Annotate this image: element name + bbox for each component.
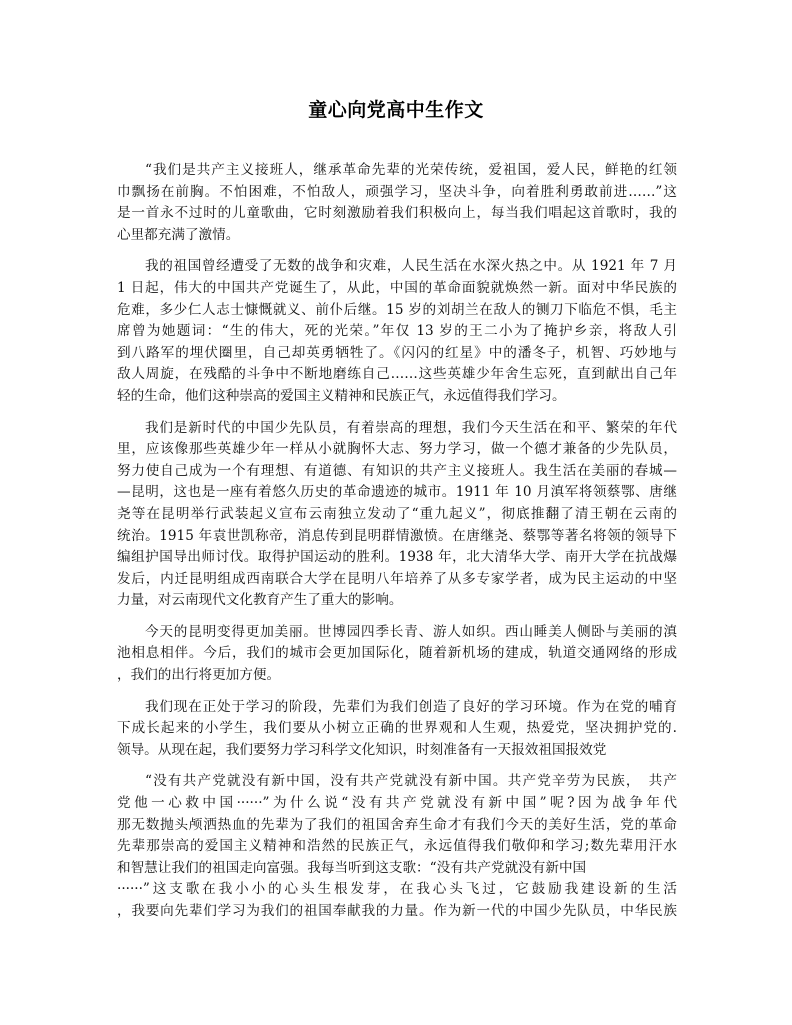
text-line: 努力使自己成为一个有理想、有道德、有知识的共产主义接班人。我生活在美丽的春城— — [117, 461, 677, 483]
text-line: 下成长起来的小学生，我们要从小树立正确的世界观和人生观，热爱党，坚决拥护党的. — [117, 718, 677, 740]
text-line: 席曾为她题词：“生的伟大，死的光荣。”年仅 13 岁的王二小为了掩护乡亲，将敌人… — [117, 321, 677, 343]
paragraph-5: 我们现在正处于学习的阶段，先辈们为我们创造了良好的学习环境。作为在党的哺育 下成… — [117, 697, 677, 762]
text-line: 统治。1915 年袁世凯称帝，消息传到昆明群情激愤。在唐继尧、蔡鄂等著名将领的领… — [117, 526, 677, 548]
text-line: 党他一心救中国······”为什么说“没有共产党就没有新中国”呢?因为战争年代 — [117, 793, 677, 815]
text-line: 轻的生命，他们这种崇高的爱国主义精神和民族正气，永远值得我们学习。 — [117, 386, 677, 408]
text-line: 池相息相伴。今后，我们的城市会更加国际化，随着新机场的建成，轨道交通网络的形成 — [117, 643, 677, 665]
text-line: 尧等在昆明举行武装起义宣布云南独立发动了“重九起义”，彻底推翻了清王朝在云南的 — [117, 504, 677, 526]
text-line: 那无数抛头颅洒热血的先辈为了我们的祖国舍弃生命才有我们今天的美好生活，党的革命 — [117, 815, 677, 837]
text-line: “我们是共产主义接班人，继承革命先辈的光荣传统，爱祖国，爱人民，鲜艳的红领 — [117, 160, 677, 182]
text-line: 先辈那崇高的爱国主义精神和浩然的民族正气，永远值得我们敬仰和学习;数先辈用汗水 — [117, 836, 677, 858]
text-line: 和智慧让我们的祖国走向富强。我每当听到这支歌：“没有共产党就没有新中国 — [117, 858, 677, 880]
text-line: ······”这支歌在我小小的心头生根发芽，在我心头飞过，它鼓励我建设新的生活 — [117, 879, 677, 901]
text-line: —昆明，这也是一座有着悠久历史的革命遗迹的城市。1911 年 10 月滇军将领蔡… — [117, 482, 677, 504]
text-line: 我们是新时代的中国少先队员，有着崇高的理想，我们今天生活在和平、繁荣的年代 — [117, 418, 677, 440]
text-line: 今天的昆明变得更加美丽。世博园四季长青、游人如织。西山睡美人侧卧与美丽的滇 — [117, 622, 677, 644]
text-line: 1 日起，伟大的中国共产党诞生了，从此，中国的革命面貌就焕然一新。面对中华民族的 — [117, 278, 677, 300]
text-line: 领导。从现在起，我们要努力学习科学文化知识，时刻准备有一天报效祖国报效党 — [117, 740, 677, 762]
text-line: 发后，内迁昆明组成西南联合大学在昆明八年培养了从多专家学者，成为民主运动的中坚 — [117, 569, 677, 591]
document-body: “我们是共产主义接班人，继承革命先辈的光荣传统，爱祖国，爱人民，鲜艳的红领 巾飘… — [117, 160, 677, 933]
paragraph-3: 我们是新时代的中国少先队员，有着崇高的理想，我们今天生活在和平、繁荣的年代 里，… — [117, 418, 677, 612]
paragraph-1: “我们是共产主义接班人，继承革命先辈的光荣传统，爱祖国，爱人民，鲜艳的红领 巾飘… — [117, 160, 677, 246]
text-line: 是一首永不过时的儿童歌曲，它时刻激励着我们积极向上，每当我们唱起这首歌时，我的 — [117, 203, 677, 225]
text-line: ，我要向先辈们学习为我们的祖国奉献我的力量。作为新一代的中国少先队员，中华民族 — [117, 901, 677, 923]
text-line: “没有共产党就没有新中国，没有共产党就没有新中国。共产党辛劳为民族， 共产 — [117, 771, 677, 793]
text-line: 我们现在正处于学习的阶段，先辈们为我们创造了良好的学习环境。作为在党的哺育 — [117, 697, 677, 719]
paragraph-6: “没有共产党就没有新中国，没有共产党就没有新中国。共产党辛劳为民族， 共产 党他… — [117, 771, 677, 922]
text-line: 心里都充满了激情。 — [117, 225, 677, 247]
text-line: 敌人周旋，在残酷的斗争中不断地磨练自己……这些英雄少年舍生忘死，直到献出自己年 — [117, 364, 677, 386]
text-line: 里，应该像那些英雄少年一样从小就胸怀大志、努力学习，做一个德才兼备的少先队员， — [117, 439, 677, 461]
text-line: 危难，多少仁人志士慷慨就义、前仆后继。15 岁的刘胡兰在敌人的铡刀下临危不惧，毛… — [117, 300, 677, 322]
paragraph-2: 我的祖国曾经遭受了无数的战争和灾难，人民生活在水深火热之中。从 1921 年 7… — [117, 256, 677, 407]
document-title: 童心向党高中生作文 — [0, 95, 792, 122]
text-line: 力量，对云南现代文化教育产生了重大的影响。 — [117, 590, 677, 612]
text-line: 巾飘扬在前胸。不怕困难，不怕敌人，顽强学习，坚决斗争，向着胜利勇敢前进……”这 — [117, 182, 677, 204]
text-line: 我的祖国曾经遭受了无数的战争和灾难，人民生活在水深火热之中。从 1921 年 7… — [117, 256, 677, 278]
text-line: ，我们的出行将更加方便。 — [117, 665, 677, 687]
paragraph-4: 今天的昆明变得更加美丽。世博园四季长青、游人如织。西山睡美人侧卧与美丽的滇 池相… — [117, 622, 677, 687]
text-line: 编组护国导出师讨伐。取得护国运动的胜利。1938 年，北大清华大学、南开大学在抗… — [117, 547, 677, 569]
text-line: 到八路军的埋伏圈里，自己却英勇牺牲了。《闪闪的红星》中的潘冬子，机智、巧妙地与 — [117, 343, 677, 365]
